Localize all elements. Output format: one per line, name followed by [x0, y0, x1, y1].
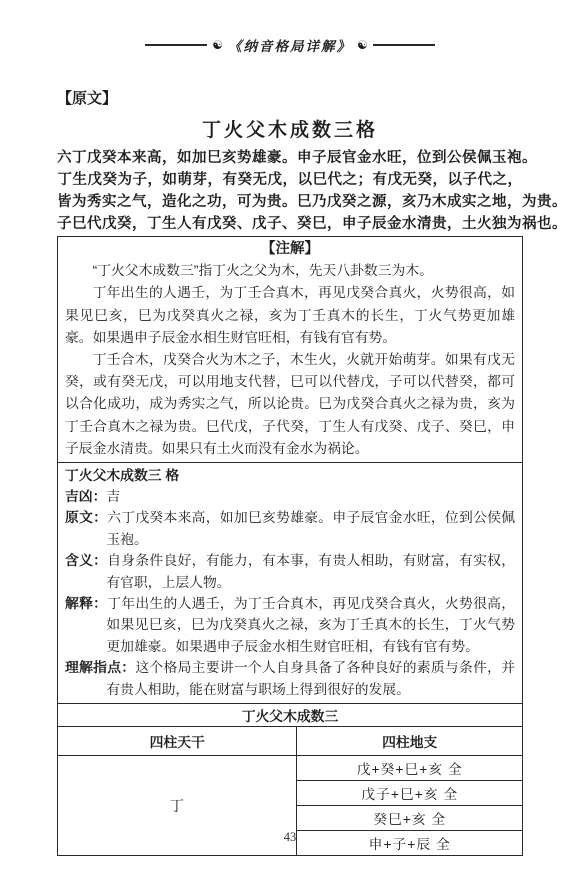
running-header: ☯ 《纳音格局详解》 ☯ [57, 36, 523, 54]
entry-text: 吉 [106, 489, 120, 504]
column-header-branches: 四柱地支 [297, 726, 523, 755]
branch-cell: 癸巳+亥 全 [297, 805, 523, 830]
table-title-row: 丁火父木成数三 [58, 703, 523, 726]
annotation-paragraph: 丁壬合木，戊癸合火为木之子，木生火，火就开始萌芽。如果有戊无癸，或有癸无戊，可以… [65, 349, 515, 460]
verse-line: 丁生戊癸为子，如萌芽，有癸无戊，以巳代之；有戊无癸，以子代之， [57, 169, 523, 191]
book-page: ☯ 《纳音格局详解》 ☯ 【原文】 丁火父木成数三格 六丁戊癸本来高，如加巳亥势… [0, 0, 580, 869]
entry-text: 六丁戊癸本来高，如加巳亥势雄豪。申子辰官金水旺，位到公侯佩玉袍。 [106, 510, 515, 546]
annotation-paragraph: “丁火父木成数三”指丁火之父为木，先天八卦数三为木。 [65, 260, 515, 282]
pattern-entry-meaning: 含义：自身条件良好，有能力，有本事，有贵人相助，有财富，有实权，有官职，上层人物… [65, 550, 515, 593]
table-row: 丁 戊+癸+巳+亥 全 [58, 755, 523, 780]
original-text-label: 【原文】 [57, 87, 523, 108]
entry-label: 吉凶： [65, 489, 106, 504]
branch-cell: 戊+癸+巳+亥 全 [297, 755, 523, 780]
taiji-icon-left: ☯ [212, 39, 223, 51]
table-title: 丁火父木成数三 [58, 703, 523, 726]
table-header-row: 四柱天干 四柱地支 [58, 726, 523, 755]
column-header-stems: 四柱天干 [58, 726, 297, 755]
branch-cell: 戊子+巳+亥 全 [297, 780, 523, 805]
pattern-entry-original: 原文：六丁戊癸本来高，如加巳亥势雄豪。申子辰官金水旺，位到公侯佩玉袍。 [65, 507, 515, 550]
page-title: 丁火父木成数三格 [57, 115, 523, 142]
original-verse: 六丁戊癸本来高，如加巳亥势雄豪。申子辰官金水旺，位到公侯佩玉袍。 丁生戊癸为子，… [57, 147, 523, 235]
page-content: ☯ 《纳音格局详解》 ☯ 【原文】 丁火父木成数三格 六丁戊癸本来高，如加巳亥势… [57, 0, 523, 856]
entry-text: 自身条件良好，有能力，有本事，有贵人相助，有财富，有实权，有官职，上层人物。 [106, 553, 515, 589]
pattern-card-title: 丁火父木成数三 格 [65, 465, 515, 486]
pattern-entry-guidance: 理解指点：这个格局主要讲一个人自身具备了各种良好的素质与条件，并有贵人相助，能在… [65, 657, 515, 700]
header-rule-right [373, 44, 435, 46]
pattern-entry-explanation: 解释：丁年出生的人遇壬，为丁壬合真木，再见戊癸合真火，火势很高，如果见巳亥，巳为… [65, 593, 515, 657]
book-title: 《纳音格局详解》 [228, 35, 352, 55]
pattern-entry-luck: 吉凶：吉 [65, 486, 515, 507]
header-rule-left [145, 44, 207, 46]
entry-label: 理解指点： [65, 660, 135, 675]
annotation-box: 【注解】 “丁火父木成数三”指丁火之父为木，先天八卦数三为木。 丁年出生的人遇壬… [57, 236, 523, 463]
taiji-icon-right: ☯ [357, 39, 368, 51]
verse-line: 六丁戊癸本来高，如加巳亥势雄豪。申子辰官金水旺，位到公侯佩玉袍。 [57, 147, 523, 169]
entry-label: 解释： [65, 596, 107, 611]
verse-line: 皆为秀实之气，造化之功，可为贵。巳乃戊癸之源，亥乃木成实之地，为贵。 [57, 191, 523, 213]
pattern-card: 丁火父木成数三 格 吉凶：吉 原文：六丁戊癸本来高，如加巳亥势雄豪。申子辰官金水… [57, 462, 523, 704]
annotation-paragraph: 丁年出生的人遇壬，为丁壬合真木，再见戊癸合真火，火势很高，如果见巳亥，巳为戊癸真… [65, 282, 515, 349]
entry-text: 这个格局主要讲一个人自身具备了各种良好的素质与条件，并有贵人相助，能在财富与职场… [106, 660, 515, 696]
entry-text: 丁年出生的人遇壬，为丁壬合真木，再见戊癸合真火，火势很高，如果见巳亥，巳为戊癸真… [106, 596, 515, 654]
entry-label: 原文： [65, 510, 107, 525]
annotation-heading: 【注解】 [65, 238, 515, 260]
entry-label: 含义： [65, 553, 107, 568]
page-number: 43 [0, 830, 580, 845]
verse-line: 子巳代戊癸，丁生人有戊癸、戊子、癸巳，申子辰金水清贵，土火独为祸也。 [57, 213, 523, 235]
